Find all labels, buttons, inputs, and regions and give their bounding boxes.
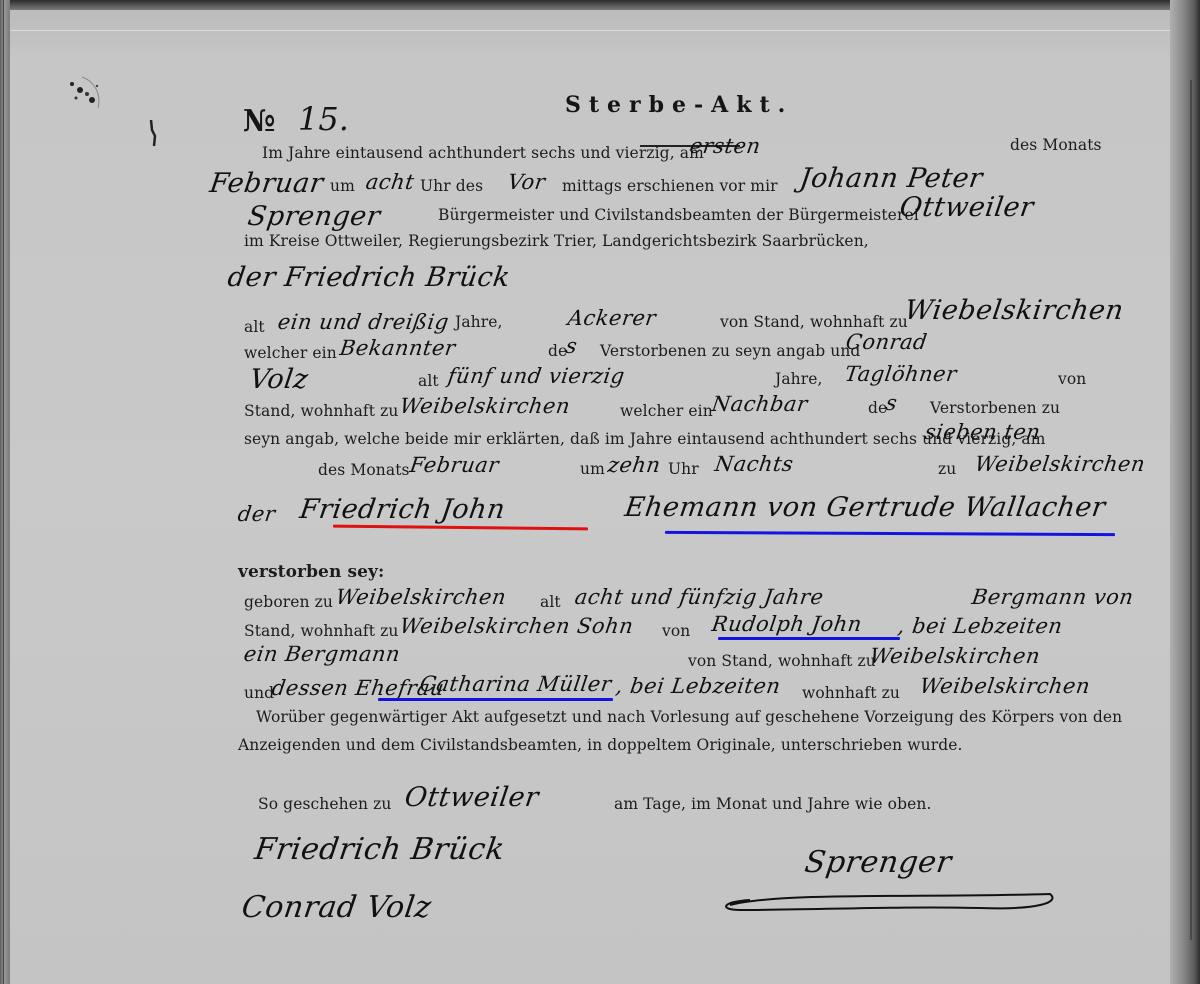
printed-text: alt (418, 372, 439, 390)
handwritten-father-residence: Weibelskirchen (868, 644, 1041, 668)
printed-text: Bürgermeister und Civilstandsbeamten der… (438, 206, 919, 224)
handwritten-birthplace: Weibelskirchen (334, 585, 507, 609)
handwritten-day: ersten (688, 134, 762, 158)
entry-number: 15. (298, 100, 349, 138)
handwritten-deceased-occupation: Bergmann von (970, 585, 1135, 609)
page-top-edge (0, 0, 1200, 10)
page-edge-line (1190, 80, 1192, 940)
handwritten-death-day: sieben ten (923, 420, 1042, 444)
handwritten-age: fünf und vierzig (446, 364, 626, 388)
printed-heading: verstorben sey: (238, 562, 384, 582)
handwritten-deceased-residence: Weibelskirchen Sohn (398, 614, 635, 638)
printed-text: von Stand, wohnhaft zu (688, 652, 876, 670)
printed-text: welcher ein (620, 402, 713, 420)
handwritten-official-last-name: Sprenger (246, 201, 383, 232)
printed-text: mittags erschienen vor mir (562, 177, 778, 195)
handwritten-municipality: Ottweiler (898, 192, 1036, 223)
printed-text: Uhr des (420, 177, 483, 195)
blue-underline-father (718, 637, 900, 640)
handwritten-der: der (236, 502, 277, 526)
printed-text: von Stand, wohnhaft zu (720, 313, 908, 331)
handwritten-relation: Nachbar (710, 392, 809, 416)
page-title: Sterbe-Akt. (565, 92, 793, 118)
page-right-edge (1170, 0, 1200, 984)
handwritten-deceased-spouse: Ehemann von Gertrude Wallacher (623, 492, 1108, 523)
printed-text: um (580, 460, 605, 478)
printed-text: Uhr (668, 460, 699, 478)
signature-informant2: Conrad Volz (240, 890, 434, 925)
handwritten-residence: Weibelskirchen (398, 394, 571, 418)
printed-text: Anzeigenden und dem Civilstandsbeamten, … (238, 736, 963, 754)
binding-line (3, 0, 4, 984)
printed-text: geboren zu (244, 593, 333, 611)
printed-text: Jahre, (455, 313, 503, 331)
handwritten-informant1: der Friedrich Brück (226, 262, 512, 293)
handwritten-occupation: Ackerer (566, 306, 657, 330)
ink-mark-icon (148, 118, 158, 148)
handwritten-deceased-age: acht und fünfzig Jahre (573, 585, 825, 609)
blue-underline-spouse (665, 531, 1115, 536)
printed-text: welcher ein (244, 344, 337, 362)
signature-flourish-icon (720, 880, 1060, 920)
printed-text: Worüber gegenwärtiger Akt aufgesetzt und… (256, 708, 1122, 726)
printed-text: von (662, 622, 690, 640)
handwritten-father-name: Rudolph John (710, 612, 863, 636)
red-underline-deceased (333, 525, 588, 531)
handwritten-father-status: , bei Lebzeiten (896, 614, 1064, 638)
scanned-page: № 15. Sterbe-Akt. Im Jahre eintausend ac… (0, 0, 1200, 984)
handwritten-informant2-first-name: Conrad (844, 330, 929, 354)
book-binding (0, 0, 10, 984)
handwritten-month: Februar (208, 168, 326, 199)
handwritten-death-time: Nachts (713, 452, 795, 476)
handwritten-occupation: Taglöhner (843, 362, 958, 386)
handwritten-official-first-name: Johann Peter (798, 163, 985, 194)
printed-text: Jahre, (775, 370, 823, 388)
printed-text: am Tage, im Monat und Jahre wie oben. (614, 795, 931, 813)
handwritten-hour: acht (364, 170, 416, 194)
handwritten-suffix: s (884, 391, 899, 415)
handwritten-death-month: Februar (408, 453, 500, 477)
handwritten-informant2-last-name: Volz (248, 364, 310, 395)
handwritten-relation: Bekannter (338, 336, 457, 360)
handwritten-mother-name: Catharina Müller (418, 672, 613, 696)
signature-official: Sprenger (803, 845, 954, 880)
handwritten-death-hour: zehn (606, 453, 662, 477)
printed-text: So geschehen zu (258, 795, 391, 813)
handwritten-vor: Vor (506, 170, 547, 194)
handwritten-place: Ottweiler (403, 782, 541, 813)
printed-text: des Monats (1010, 136, 1102, 154)
signature-informant1: Friedrich Brück (253, 832, 507, 867)
printed-text: von (1058, 370, 1086, 388)
printed-text: alt (244, 318, 265, 336)
printed-text: des Monats (318, 461, 410, 479)
printed-text: zu (938, 460, 956, 478)
printed-text: Stand, wohnhaft zu (244, 622, 398, 640)
printed-text: wohnhaft zu (802, 684, 900, 702)
handwritten-mother-status: , bei Lebzeiten (614, 674, 782, 698)
handwritten-father-occupation: ein Bergmann (242, 642, 402, 666)
handwritten-age: ein und dreißig (276, 310, 450, 334)
handwritten-residence: Wiebelskirchen (903, 295, 1126, 326)
handwritten-death-place: Weibelskirchen (973, 452, 1146, 476)
handwritten-deceased-name: Friedrich John (298, 494, 507, 525)
printed-text: um (330, 177, 355, 195)
printed-text: alt (540, 593, 561, 611)
handwritten-suffix: s (564, 334, 579, 358)
printed-text: Verstorbenen zu (930, 399, 1060, 417)
page-ruling-line (0, 30, 1170, 31)
printed-text: Stand, wohnhaft zu (244, 402, 398, 420)
blue-underline-mother (378, 698, 613, 701)
ink-blot-icon (62, 72, 112, 112)
handwritten-mother-residence: Weibelskirchen (918, 674, 1091, 698)
printed-text: im Kreise Ottweiler, Regierungsbezirk Tr… (244, 232, 869, 250)
entry-number-label: № (243, 104, 276, 139)
printed-text: Verstorbenen zu seyn angab und (600, 342, 860, 360)
printed-text: Im Jahre eintausend achthundert sechs un… (262, 144, 704, 162)
